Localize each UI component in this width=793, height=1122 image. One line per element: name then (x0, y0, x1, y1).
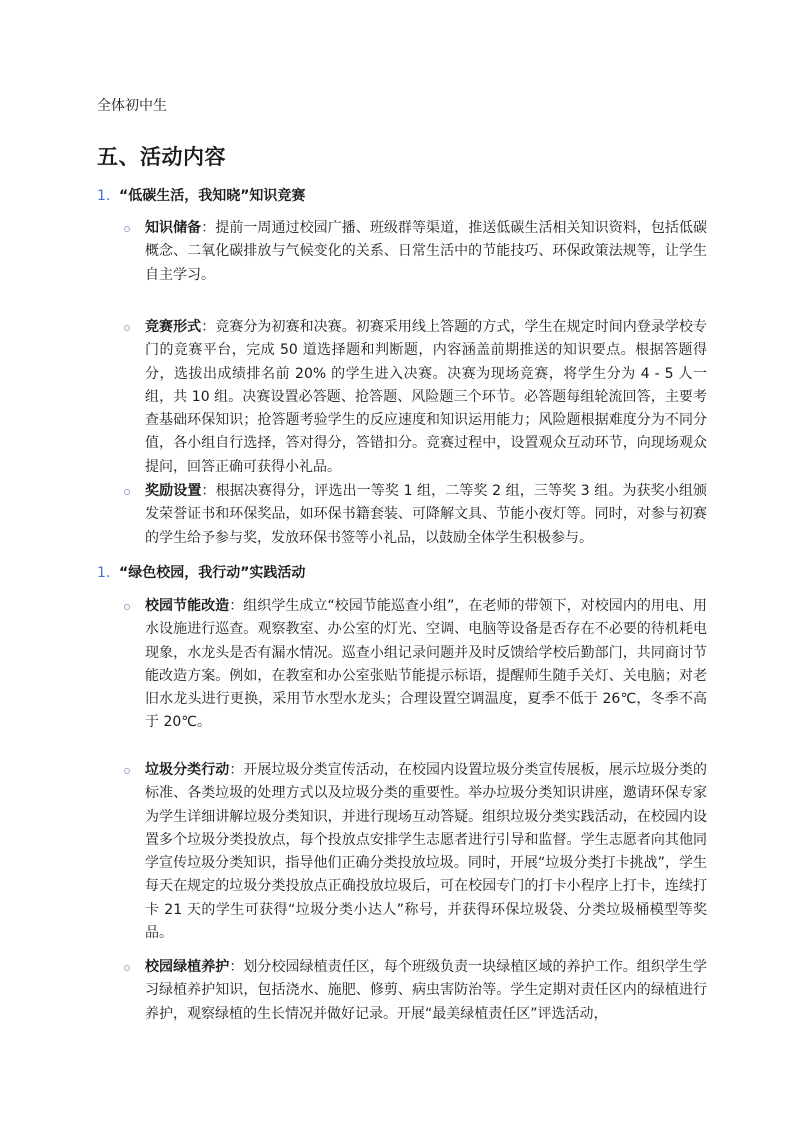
audience-text: 全体初中生 (97, 96, 167, 116)
list-item-energy-saving: 校园节能改造：组织学生成立“校园节能巡查小组”，在老师的带领下，对校园内的用电、… (124, 595, 707, 735)
item-label: 校园节能改造 (145, 598, 229, 614)
list-item-awards: 奖励设置：根据决赛得分，评选出一等奖 1 组，二等奖 2 组，三等奖 3 组。为… (124, 480, 707, 550)
list-item-waste-sorting: 垃圾分类行动：开展垃圾分类宣传活动，在校园内设置垃圾分类宣传展板，展示垃圾分类的… (124, 759, 707, 945)
item-label: 奖励设置 (145, 483, 201, 499)
bullet-circle-icon (124, 604, 130, 610)
section-title: “低碳生活，我知晓”知识竞赛 (119, 188, 305, 204)
item-label: 校园绿植养护 (145, 959, 229, 975)
bullet-circle-icon (124, 768, 130, 774)
item-text: ：提前一周通过校园广播、班级群等渠道，推送低碳生活相关知识资料，包括低碳概念、二… (145, 220, 707, 283)
section-1-title: 1.“低碳生活，我知晓”知识竞赛 (97, 186, 305, 206)
item-text: ：划分校园绿植责任区，每个班级负责一块绿植区域的养护工作。组织学生学习绿植养护知… (145, 959, 707, 1022)
bullet-circle-icon (124, 965, 130, 971)
section-2-title: 1.“绿色校园，我行动”实践活动 (97, 563, 305, 583)
list-item-green-care: 校园绿植养护：划分校园绿植责任区，每个班级负责一块绿植区域的养护工作。组织学生学… (124, 956, 707, 1026)
section-heading: 五、活动内容 (97, 142, 226, 172)
item-text: ：竞赛分为初赛和决赛。初赛采用线上答题的方式，学生在规定时间内登录学校专门的竞赛… (145, 319, 707, 475)
item-label: 知识储备 (145, 220, 201, 236)
item-text: ：根据决赛得分，评选出一等奖 1 组，二等奖 2 组，三等奖 3 组。为获奖小组… (145, 483, 707, 546)
list-item-competition-format: 竞赛形式：竞赛分为初赛和决赛。初赛采用线上答题的方式，学生在规定时间内登录学校专… (124, 316, 707, 479)
list-item-knowledge-prep: 知识储备：提前一周通过校园广播、班级群等渠道，推送低碳生活相关知识资料，包括低碳… (124, 217, 707, 287)
bullet-circle-icon (124, 489, 130, 495)
section-title: “绿色校园，我行动”实践活动 (119, 565, 305, 581)
item-text: ：开展垃圾分类宣传活动，在校园内设置垃圾分类宣传展板，展示垃圾分类的标准、各类垃… (145, 762, 707, 941)
item-text: ：组织学生成立“校园节能巡查小组”，在老师的带领下，对校园内的用电、用水设施进行… (145, 598, 707, 730)
list-number: 1. (97, 186, 119, 206)
list-number: 1. (97, 563, 119, 583)
bullet-circle-icon (124, 325, 130, 331)
bullet-circle-icon (124, 226, 130, 232)
item-label: 竞赛形式 (145, 319, 201, 335)
item-label: 垃圾分类行动 (145, 762, 229, 778)
